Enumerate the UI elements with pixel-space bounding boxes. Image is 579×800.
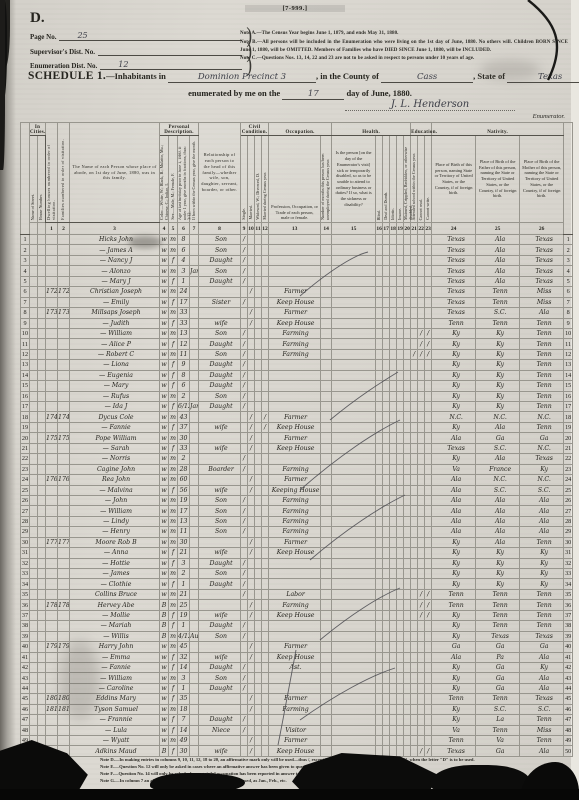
cell-rel: [199, 308, 241, 318]
cell-c: w: [160, 360, 169, 370]
footer-notes: Note D.—In making entries in columns 9, …: [100, 757, 562, 785]
cell-fb: Ga: [476, 642, 520, 652]
cell-e23: [425, 652, 432, 662]
cell-name: — Judith: [70, 318, 160, 328]
field-value-handwritten: [98, 46, 242, 56]
cell-house: [38, 725, 46, 735]
cell-h18: [390, 287, 397, 297]
cell-my: [262, 297, 269, 307]
line-number-header-left: [21, 123, 30, 235]
cell-un: [321, 433, 332, 443]
cell-e21: [411, 527, 418, 537]
line-number: 48: [564, 725, 573, 735]
cell-wd: [255, 464, 262, 474]
cell-mo: [190, 662, 199, 672]
cell-fam: [58, 360, 70, 370]
cell-mb: Ala: [520, 495, 564, 505]
cell-s: f: [169, 360, 178, 370]
line-number: 19: [564, 422, 573, 432]
cell-h19: [397, 736, 404, 746]
cell-name: — Rufus: [70, 391, 160, 401]
cell-e21: [411, 266, 418, 276]
cell-h16: [376, 694, 383, 704]
cell-house: [38, 704, 46, 714]
cell-age: 11: [178, 527, 190, 537]
cell-dw: [46, 443, 58, 453]
cell-age: 33: [178, 443, 190, 453]
cell-occ: Farming: [269, 506, 321, 516]
col-number: 21: [411, 223, 418, 235]
table-row: 5— Mary Jwf1Daught/TexasAlaTexas5: [21, 276, 573, 286]
cell-sick: [332, 662, 376, 672]
cell-h17: [383, 558, 390, 568]
cell-sick: [332, 579, 376, 589]
cell-street: [30, 694, 38, 704]
table-head: In Cities. Dwelling houses numbered in o…: [21, 123, 573, 235]
cell-sg: /: [241, 381, 248, 391]
cell-dw: [46, 245, 58, 255]
cell-s: f: [169, 402, 178, 412]
cell-sick: [332, 235, 376, 245]
line-number: 45: [564, 694, 573, 704]
cell-h17: [383, 464, 390, 474]
cell-wd: [255, 642, 262, 652]
cell-age: 12: [178, 339, 190, 349]
line-number: 10: [21, 328, 30, 338]
cell-name: — Fannie: [70, 422, 160, 432]
cell-h16: [376, 422, 383, 432]
cell-occ: [269, 673, 321, 683]
cell-h20: [404, 495, 411, 505]
cell-rel: wife: [199, 548, 241, 558]
cell-c: w: [160, 255, 169, 265]
cell-e23: [425, 736, 432, 746]
cell-street: [30, 610, 38, 620]
cell-h20: [404, 370, 411, 380]
group-in-cities: In Cities.: [30, 123, 46, 136]
cell-bp: Ky: [432, 621, 476, 631]
cell-h20: [404, 683, 411, 693]
cell-h19: [397, 631, 404, 641]
cell-rel: Daught: [199, 579, 241, 589]
cell-mo: [190, 495, 199, 505]
line-number: 39: [564, 631, 573, 641]
cell-mb: N.C.: [520, 412, 564, 422]
cell-name: — Wyatt: [70, 736, 160, 746]
cell-dw: 179: [46, 642, 58, 652]
cell-fb: Ala: [476, 422, 520, 432]
field-label: Page No.: [30, 33, 56, 41]
cell-name: Millsaps Joseph: [70, 308, 160, 318]
cell-name: — Liona: [70, 360, 160, 370]
cell-house: [38, 276, 46, 286]
cell-mr: [248, 527, 255, 537]
cell-occ: Farming: [269, 516, 321, 526]
cell-h19: [397, 746, 404, 756]
cell-sick: [332, 589, 376, 599]
cell-s: f: [169, 746, 178, 756]
cell-fb: Ala: [476, 516, 520, 526]
cell-h16: [376, 746, 383, 756]
col-dwelling: Dwelling houses numbered in order of vis…: [46, 123, 58, 223]
col-number: 18: [390, 223, 397, 235]
cell-e22: [418, 495, 425, 505]
cell-mo: [190, 589, 199, 599]
cell-h17: [383, 349, 390, 359]
cell-fam: [58, 673, 70, 683]
cell-h20: [404, 600, 411, 610]
cell-street: [30, 558, 38, 568]
cell-h17: [383, 422, 390, 432]
cell-sick: [332, 673, 376, 683]
cell-street: [30, 527, 38, 537]
cell-rel: Niece: [199, 725, 241, 735]
cell-rel: Son: [199, 569, 241, 579]
cell-un: [321, 381, 332, 391]
cell-sick: [332, 422, 376, 432]
cell-fam: [58, 715, 70, 725]
cell-h20: [404, 475, 411, 485]
cell-wd: [255, 318, 262, 328]
cell-h19: [397, 569, 404, 579]
cell-name: — Lindy: [70, 516, 160, 526]
cell-wd: [255, 349, 262, 359]
cell-mo: [190, 308, 199, 318]
cell-name: — Lula: [70, 725, 160, 735]
cell-e22: [418, 694, 425, 704]
cell-occ: Farmer: [269, 287, 321, 297]
cell-mb: Miss: [520, 297, 564, 307]
cell-mb: Ga: [520, 433, 564, 443]
cell-mo: [190, 569, 199, 579]
cell-occ: Keeping House: [269, 485, 321, 495]
table-row: 7— Emilywf17Sister/Keep HouseTexasTennMi…: [21, 297, 573, 307]
cell-h19: [397, 725, 404, 735]
cell-my: [262, 704, 269, 714]
cell-sg: [241, 485, 248, 495]
cell-name: — Hottie: [70, 558, 160, 568]
cell-age: 17: [178, 506, 190, 516]
cell-s: f: [169, 662, 178, 672]
cell-mr: /: [248, 485, 255, 495]
cell-h18: [390, 725, 397, 735]
cell-e23: [425, 527, 432, 537]
cell-my: [262, 485, 269, 495]
cell-h20: [404, 245, 411, 255]
cell-rel: [199, 704, 241, 714]
col-sex: Sex.—Male, M.; Female, F.: [169, 136, 178, 223]
cell-rel: Son: [199, 328, 241, 338]
cell-sg: /: [241, 589, 248, 599]
cell-h20: [404, 422, 411, 432]
cell-h20: [404, 642, 411, 652]
line-number: 2: [21, 245, 30, 255]
cell-my: [262, 360, 269, 370]
cell-h16: [376, 266, 383, 276]
table-row: 44— Carolinewf1Daught/KyGaAla44: [21, 683, 573, 693]
line-number: 42: [21, 662, 30, 672]
cell-sick: [332, 402, 376, 412]
cell-sick: [332, 297, 376, 307]
cell-name: — Mariah: [70, 621, 160, 631]
cell-mb: Ga: [520, 642, 564, 652]
cell-h20: [404, 276, 411, 286]
cell-s: f: [169, 621, 178, 631]
cell-sick: [332, 725, 376, 735]
table-row: 27— Williamwm17Son/FarmingAlaAlaAla27: [21, 506, 573, 516]
cell-street: [30, 443, 38, 453]
cell-name: Hervey Abe: [70, 600, 160, 610]
cell-rel: [199, 642, 241, 652]
cell-street: [30, 276, 38, 286]
cell-mb: Texas: [520, 694, 564, 704]
cell-rel: wife: [199, 422, 241, 432]
cell-sg: /: [241, 516, 248, 526]
cell-c: B: [160, 600, 169, 610]
cell-dw: [46, 579, 58, 589]
cell-fam: [58, 485, 70, 495]
cell-sick: [332, 548, 376, 558]
cell-bp: Ky: [432, 683, 476, 693]
cell-wd: [255, 255, 262, 265]
cell-h18: [390, 485, 397, 495]
cell-name: Dycus Cole: [70, 412, 160, 422]
cell-dw: [46, 349, 58, 359]
cell-h17: [383, 443, 390, 453]
cell-sick: [332, 631, 376, 641]
cell-h17: [383, 631, 390, 641]
line-number: 41: [21, 652, 30, 662]
schedule-title: SCHEDULE 1.: [28, 70, 106, 82]
cell-fb: Tenn: [476, 600, 520, 610]
cell-sg: [241, 287, 248, 297]
cell-wd: [255, 485, 262, 495]
cell-e21: [411, 495, 418, 505]
cell-e22: [418, 569, 425, 579]
cell-mb: Ala: [520, 516, 564, 526]
cell-rel: Son: [199, 266, 241, 276]
cell-h17: [383, 454, 390, 464]
cell-street: [30, 642, 38, 652]
cell-h19: [397, 412, 404, 422]
cell-e23: /: [425, 600, 432, 610]
cell-h19: [397, 339, 404, 349]
cell-mb: Texas: [520, 276, 564, 286]
cell-un: [321, 475, 332, 485]
cell-house: [38, 297, 46, 307]
cell-fam: [58, 589, 70, 599]
cell-e22: [418, 443, 425, 453]
cell-bp: Ala: [432, 433, 476, 443]
table-row: 15— Marywf6Daught/KyKyTenn15: [21, 381, 573, 391]
cell-bp: Ky: [432, 381, 476, 391]
cell-occ: [269, 245, 321, 255]
cell-name: Hicks John: [70, 235, 160, 245]
cell-my: [262, 516, 269, 526]
cell-e21: [411, 485, 418, 495]
cell-mr: [248, 402, 255, 412]
cell-rel: [199, 287, 241, 297]
cell-name: — William: [70, 673, 160, 683]
cell-h16: [376, 318, 383, 328]
cell-mr: [248, 662, 255, 672]
cell-h17: [383, 402, 390, 412]
cell-occ: [269, 266, 321, 276]
cell-age: 49: [178, 736, 190, 746]
cell-un: [321, 621, 332, 631]
cell-rel: Daught: [199, 360, 241, 370]
cell-e22: [418, 736, 425, 746]
cell-mb: Texas: [520, 245, 564, 255]
cell-sg: /: [241, 370, 248, 380]
table-row: 1Hicks Johnwm8Son/TexasAlaTexas1: [21, 235, 573, 245]
cell-e23: [425, 569, 432, 579]
line-number: 46: [21, 704, 30, 714]
table-row: 19— Fanniewf37wife//Keep HouseKyAlaTenn1…: [21, 422, 573, 432]
cell-mb: Tenn: [520, 391, 564, 401]
line-number: 17: [564, 402, 573, 412]
table-row: 2— James Awm6Son/TexasAlaTexas2: [21, 245, 573, 255]
cell-e22: [418, 255, 425, 265]
cell-h18: [390, 266, 397, 276]
cell-sick: [332, 485, 376, 495]
table-row: 6172172Christian Josephwm24/FarmerTexasT…: [21, 287, 573, 297]
col-insane: Insane.: [397, 136, 404, 223]
cell-rel: wife: [199, 652, 241, 662]
line-number: 23: [564, 464, 573, 474]
col-cannot-read: Cannot read.: [418, 136, 425, 223]
col-cannot-write: Cannot write.: [425, 136, 432, 223]
cell-age: 28: [178, 464, 190, 474]
cell-e21: [411, 443, 418, 453]
cell-e21: [411, 600, 418, 610]
cell-h19: [397, 391, 404, 401]
cell-h17: [383, 715, 390, 725]
cell-s: f: [169, 652, 178, 662]
cell-name: Cagine John: [70, 464, 160, 474]
col-number: 11: [255, 223, 262, 235]
cell-my: [262, 683, 269, 693]
cell-e23: [425, 704, 432, 714]
cell-rel: Son: [199, 349, 241, 359]
cell-un: [321, 349, 332, 359]
cell-bp: Ky: [432, 360, 476, 370]
cell-h19: [397, 297, 404, 307]
cell-e23: [425, 683, 432, 693]
cell-s: m: [169, 589, 178, 599]
cell-h18: [390, 558, 397, 568]
cell-e21: [411, 642, 418, 652]
line-number: 32: [21, 558, 30, 568]
cell-c: w: [160, 704, 169, 714]
cell-h19: [397, 287, 404, 297]
cell-bp: Texas: [432, 235, 476, 245]
cell-e21: [411, 725, 418, 735]
cell-e21: [411, 683, 418, 693]
cell-bp: Ky: [432, 610, 476, 620]
cell-house: [38, 381, 46, 391]
cell-wd: [255, 339, 262, 349]
cell-e23: /: [425, 610, 432, 620]
cell-h18: [390, 297, 397, 307]
cell-my: [262, 652, 269, 662]
cell-e22: [418, 579, 425, 589]
line-number: 29: [21, 527, 30, 537]
col-father-birthplace: Place of Birth of the Father of this per…: [476, 136, 520, 223]
cell-mb: Tenn: [520, 370, 564, 380]
cell-e22: /: [418, 589, 425, 599]
cell-e21: [411, 558, 418, 568]
cell-age: 9: [178, 360, 190, 370]
line-number: 20: [564, 433, 573, 443]
cell-e23: [425, 662, 432, 672]
cell-dw: 174: [46, 412, 58, 422]
line-number: 35: [21, 589, 30, 599]
cell-bp: N.C.: [432, 412, 476, 422]
cell-h20: [404, 725, 411, 735]
cell-my: [262, 349, 269, 359]
cell-s: f: [169, 558, 178, 568]
cell-e21: [411, 715, 418, 725]
cell-rel: Son: [199, 245, 241, 255]
cell-mb: Tenn: [520, 328, 564, 338]
cell-e23: [425, 516, 432, 526]
cell-h19: [397, 266, 404, 276]
cell-mr: /: [248, 308, 255, 318]
cell-my: [262, 579, 269, 589]
cell-age: 8: [178, 370, 190, 380]
cell-name: Moore Rob B: [70, 537, 160, 547]
cell-wd: [255, 725, 262, 735]
cell-h16: [376, 308, 383, 318]
cell-e23: /: [425, 349, 432, 359]
cell-e22: [418, 454, 425, 464]
cell-mb: Miss: [520, 725, 564, 735]
cell-wd: [255, 589, 262, 599]
cell-c: w: [160, 412, 169, 422]
schedule-line: SCHEDULE 1.—Inhabitants in Dominion Prec…: [28, 70, 573, 83]
cell-occ: [269, 391, 321, 401]
cell-fb: Ky: [476, 339, 520, 349]
cell-occ: Farmer: [269, 475, 321, 485]
cell-bp: Ky: [432, 673, 476, 683]
cell-s: m: [169, 506, 178, 516]
cell-wd: [255, 412, 262, 422]
line-number: 11: [564, 339, 573, 349]
col-number: 24: [432, 223, 476, 235]
cell-e21: [411, 370, 418, 380]
line-number: 29: [564, 527, 573, 537]
cell-name: Pope William: [70, 433, 160, 443]
cell-sg: /: [241, 391, 248, 401]
cell-c: B: [160, 621, 169, 631]
cell-rel: wife: [199, 485, 241, 495]
cell-e22: [418, 631, 425, 641]
col-number: 26: [520, 223, 564, 235]
cell-sg: /: [241, 569, 248, 579]
cell-un: [321, 704, 332, 714]
cell-mb: S.C.: [520, 485, 564, 495]
cell-name: — Frannie: [70, 715, 160, 725]
cell-fb: S.C.: [476, 485, 520, 495]
cell-e23: [425, 558, 432, 568]
cell-street: [30, 516, 38, 526]
cell-mr: /: [248, 318, 255, 328]
cell-my: [262, 537, 269, 547]
cell-sick: [332, 454, 376, 464]
col-number: 14: [321, 223, 332, 235]
cell-h18: [390, 642, 397, 652]
